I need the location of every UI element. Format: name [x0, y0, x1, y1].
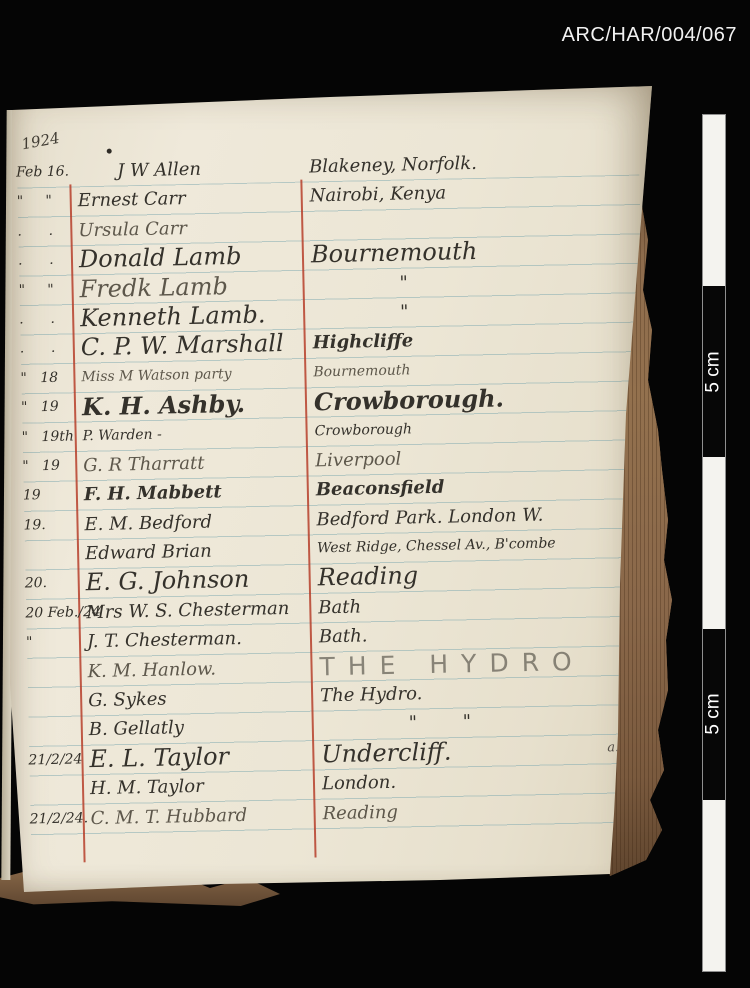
register-page: 1924 Feb 16. J W Allen Blakeney, Norfolk… [10, 84, 658, 910]
scale-segment-white [703, 115, 725, 286]
scale-segment-black: 5 cm [703, 629, 725, 800]
page-shadow-overlay [10, 84, 658, 910]
scale-segment-white [703, 457, 725, 628]
photographic-scale-bar: 5 cm 5 cm [702, 114, 726, 972]
scale-label: 5 cm [703, 351, 725, 392]
photograph-stage: ARC/HAR/004/067 1924 Feb 16. J W Allen B… [0, 0, 750, 988]
scale-segment-black: 5 cm [703, 286, 725, 457]
scale-label: 5 cm [703, 694, 725, 735]
scale-segment-white [703, 800, 725, 971]
archive-reference: ARC/HAR/004/067 [562, 24, 737, 47]
